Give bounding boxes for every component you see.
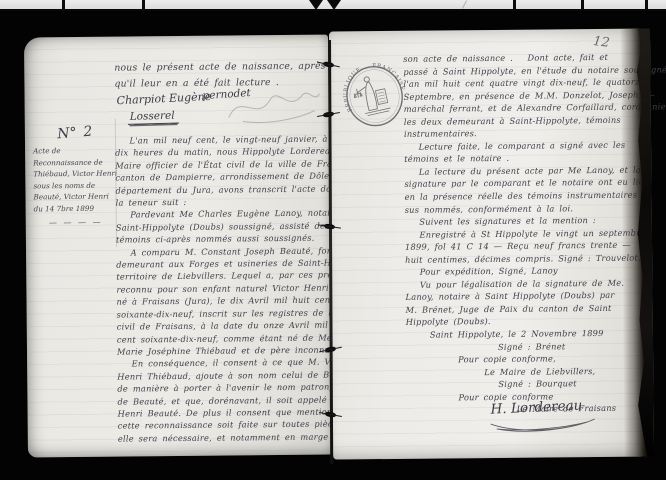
microfilm-document-scan: nous le présent acte de naissance, après… xyxy=(0,0,666,480)
margin-note-lines: Acte de Reconnaissance deThiébaud, Victo… xyxy=(33,145,118,215)
manuscript-line: nous le présent acte de naissance, après xyxy=(114,59,325,77)
margin-note: N° 2 Acte de Reconnaissance deThiébaud, … xyxy=(33,125,118,227)
page-number: 12 xyxy=(592,34,610,51)
frame-tick-mark xyxy=(513,0,516,9)
allegorical-figure xyxy=(351,73,391,117)
manuscript-line: Beauté, Victor Henri xyxy=(33,191,117,203)
republique-francaise-stamp: RÉPUBLIQUE FRANÇAISE xyxy=(337,57,412,135)
faint-signature-scrawl xyxy=(222,85,322,128)
party-signature-losserel: Losserel xyxy=(128,110,179,125)
scratch-mark xyxy=(462,0,467,8)
right-page: 12 RÉPUBLIQUE FRANÇAISE so xyxy=(329,28,654,459)
act-number: N° 2 xyxy=(32,122,117,145)
manuscript-line: en la présence réelle des témoins instru… xyxy=(404,189,646,204)
frame-tick-mark xyxy=(142,0,145,9)
frame-arrow-icon xyxy=(327,0,341,10)
film-strip xyxy=(0,0,666,11)
torn-page-edge xyxy=(620,28,654,456)
frame-tick-mark xyxy=(62,0,65,9)
manuscript-line: elle sera nécessaire, et notamment en ma… xyxy=(118,430,328,444)
frame-arrow-icon xyxy=(309,0,323,10)
manuscript-line: Acte de Reconnaissance de xyxy=(33,145,117,169)
left-page: nous le présent acte de naissance, après… xyxy=(24,35,332,458)
manuscript-line: Thiébaud, Victor Henri xyxy=(33,168,117,180)
manuscript-line: sous les noms de xyxy=(33,179,117,191)
act-body-text: L'an mil neuf cent, le vingt-neuf janvie… xyxy=(115,133,328,445)
frame-tick-mark xyxy=(645,0,648,9)
frame-tick-mark xyxy=(581,0,584,9)
margin-dashes: — — — — xyxy=(34,217,118,227)
manuscript-line: département du Jura, avons transcrit l'a… xyxy=(115,182,325,196)
manuscript-line: les deux demeurant à Saint-Hippolyte, té… xyxy=(404,113,646,128)
party-signature-charpiot: Charpiot Eugène xyxy=(116,90,211,107)
manuscript-line: du 14 7bre 1899 xyxy=(34,203,118,215)
act-text: son acte de naissance . Dont acte, fait … xyxy=(403,51,648,417)
signature-swash xyxy=(483,413,603,436)
